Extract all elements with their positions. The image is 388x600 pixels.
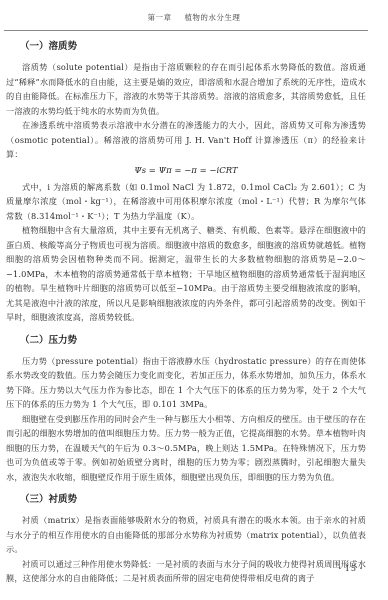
paragraph: 在渗透系统中溶质势表示溶液中水分潜在的渗透能力的大小，因此，溶质势又可称为渗透势… [6,118,366,162]
section-heading-pressure-potential: （二）压力势 [6,334,366,348]
chapter-label: 第一章 [148,13,172,22]
paragraph: 溶质势（solute potential）是指由于溶质颗粒的存在而引起体系水势降… [6,60,366,118]
book-page: 第一章 植物的水分生理 （一）溶质势 溶质势（solute potential）… [0,0,388,600]
header-divider [4,30,368,31]
page-body: （一）溶质势 溶质势（solute potential）是指由于溶质颗粒的存在而… [6,40,366,586]
paragraph: 压力势（pressure potential）指由于溶液静水压（hydrosta… [6,354,366,412]
paragraph: 式中，i 为溶质的解离系数（如 0.1mol NaCl 为 1.872，0.1m… [6,180,366,224]
paragraph: 衬质（matrix）是指表面能够吸附水分的物质，衬质具有潜在的吸水本领。由于亲水… [6,513,366,557]
running-header: 第一章 植物的水分生理 [0,12,388,23]
equation: Ψs = Ψπ = −π = −iCRT [6,163,366,179]
paragraph: 细胞壁在受到膨压作用的同时会产生一种与膨压大小相等、方向相反的壁压。由于壁压的存… [6,412,366,485]
section-heading-solute-potential: （一）溶质势 [6,40,366,54]
paragraph: 植物细胞中含有大量溶质，其中主要有无机离子、糖类、有机酸、色素等。悬浮在细胞液中… [6,223,366,325]
page-number: ・15・ [336,563,366,574]
paragraph: 衬质可以通过三种作用使水势降低：一是衬质的表面与水分子间的吸收力使得衬质周围形成… [6,557,366,586]
chapter-title: 植物的水分生理 [184,13,240,22]
section-heading-matrix-potential: （三）衬质势 [6,493,366,507]
